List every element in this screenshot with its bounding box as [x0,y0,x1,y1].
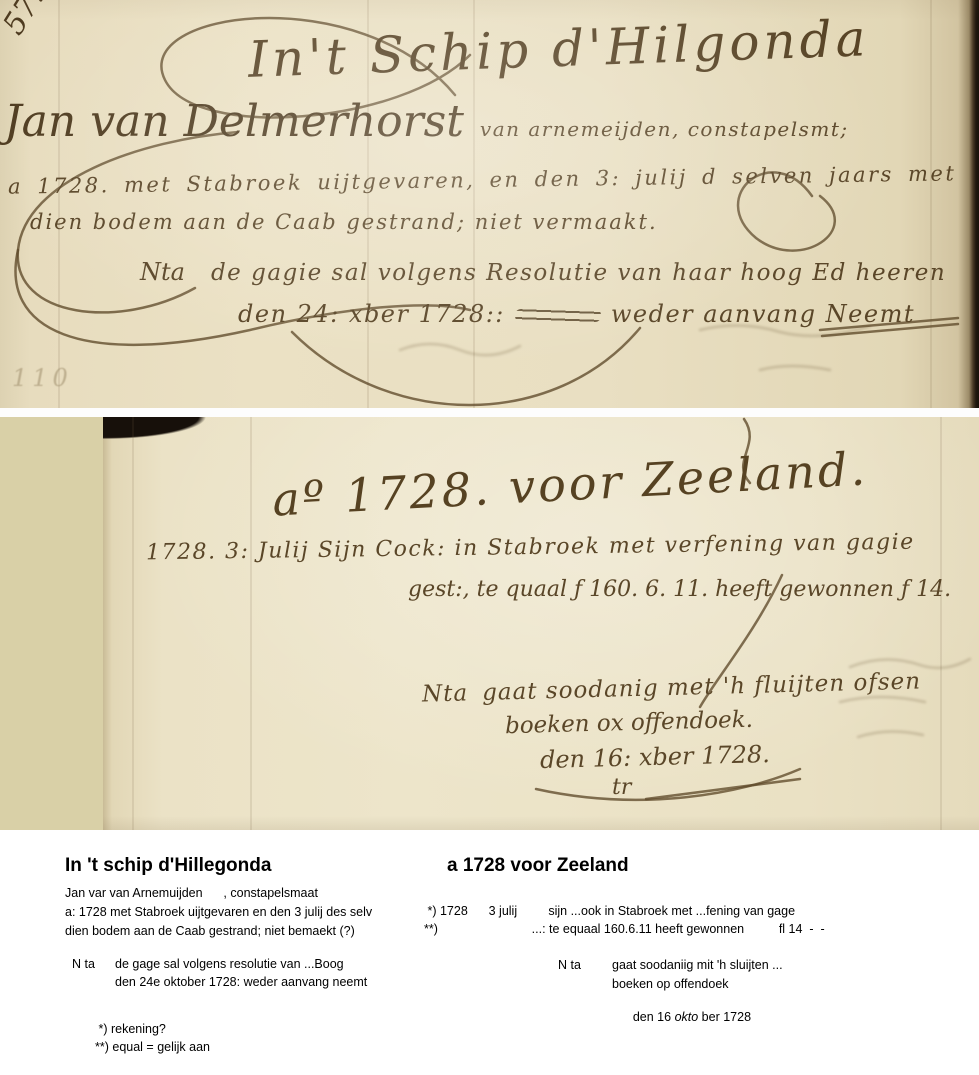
nota-label: N ta [558,958,581,973]
transcription-line: boeken op offendoek [612,977,729,992]
scratched-out-word [515,309,601,322]
manuscript-paper [103,417,979,830]
ink-flourishes [0,0,979,408]
paper-crease [132,417,134,830]
transcription-line: *) 1728 3 julij sijn ...ook in Stabroek … [424,904,795,919]
handwritten-title-top: In't Schip d'Hilgonda [247,9,870,89]
flourish-stroke [738,172,835,250]
flourish-stroke [16,250,470,345]
bleedthrough-marks [0,0,979,408]
paper-crease [940,417,942,830]
nota-label: Nta [140,258,185,286]
transcription-line: gaat soodaniig mit 'h sluijten ... [612,958,783,973]
flourish-stroke [822,324,958,336]
handwritten-name-line: Jan van Delmerhorstvan arnemeijden, cons… [4,96,849,147]
transcription-line: **) ...: te equaal 160.6.11 heeft gewonn… [424,922,825,937]
ghost-stroke [760,366,830,370]
handwritten-line: dien bodem aan de Caab gestrand; niet ve… [30,210,658,234]
transcription-title-left: In 't schip d'Hillegonda [65,855,271,877]
paper-crease [930,0,932,408]
name-continuation: van arnemeijden, constapelsmt; [480,117,849,141]
transcription-panel: In 't schip d'Hillegonda Jan var van Arn… [0,830,979,1075]
footnote: *) rekening? [95,1022,166,1037]
transcription-line: de gage sal volgens resolutie van ...Boo… [115,957,344,972]
transcription-line: a: 1728 met Stabroek uijtgevaren en den … [65,905,372,920]
date-prefix: den 16 [633,1010,675,1024]
bleedthrough-number: 110 [12,364,73,392]
paper-crease [473,0,475,408]
flourish-stroke [292,328,640,405]
manuscript-scan-bottom: aº 1728. voor Zeeland. 1728. 3: Julij Si… [0,417,979,830]
date-text: den 24: xber 1728:: [238,300,505,328]
page-number-mark: 57. [0,0,51,41]
sailor-name: Jan van Delmerhorst [4,96,464,147]
transcription-line: Jan var van Arnemuijden , constapelsmaat [65,886,318,901]
book-gutter-shadow [103,417,233,445]
flourish-stroke [820,318,958,330]
scan-divider-gap [0,408,979,417]
manuscript-scan-top: 57. In't Schip d'Hilgonda Jan van Delmer… [0,0,979,408]
handwritten-date-line: den 24: xber 1728::weder aanvang Neemt [238,300,915,328]
date-italic-part: okto [675,1010,699,1024]
ghost-stroke [400,344,520,355]
handwritten-nota-line: Ntade gagie sal volgens Resolutie van ha… [140,258,946,286]
footnote: **) equal = gelijk aan [95,1040,210,1055]
ghost-stroke [700,325,870,335]
transcription-date-line: den 16 okto ber 1728 [612,995,751,1040]
flourish-stroke [161,18,470,117]
transcription-title-right: a 1728 voor Zeeland [447,855,629,877]
date-suffix: ber 1728 [698,1010,751,1024]
date-text-continued: weder aanvang Neemt [611,300,915,328]
transcription-line: den 24e oktober 1728: weder aanvang neem… [115,975,367,990]
transcription-line: dien bodem aan de Caab gestrand; niet be… [65,924,355,939]
nota-text: de gagie sal volgens Resolutie van haar … [211,260,946,286]
flourish-stroke [18,132,238,312]
handwritten-line: a 1728. met Stabroek uijtgevaren, en den… [8,161,957,198]
archival-document-page: 57. In't Schip d'Hilgonda Jan van Delmer… [0,0,979,1075]
paper-crease [367,0,369,408]
paper-crease [250,417,252,830]
paper-crease [58,0,60,408]
background-side-block [0,417,103,830]
nota-label: N ta [72,957,95,972]
